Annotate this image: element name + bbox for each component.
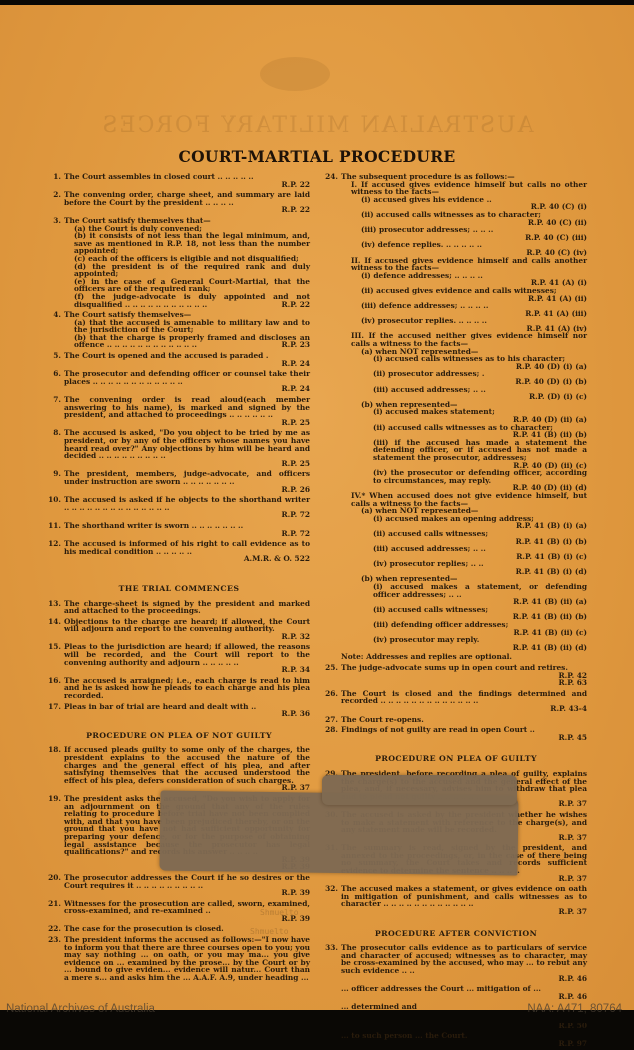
document-title: COURT-MARTIAL PROCEDURE: [0, 147, 634, 166]
rule-reference: A.M.R. & O. 522: [64, 555, 310, 563]
item-number: 15.: [48, 643, 61, 651]
procedure-item: ... officer addresses the Court ... miti…: [325, 985, 587, 1000]
sub-clause: (d) the president is of the required ran…: [64, 263, 310, 278]
item-number: 26.: [325, 690, 338, 698]
section-heading: I. If accused gives evidence himself but…: [351, 181, 587, 196]
rule-reference: R.P. 39: [64, 889, 310, 897]
sub-clause: (b) it consists of not less than the leg…: [64, 232, 310, 255]
crest-watermark: [260, 57, 330, 91]
archive-watermark: National Archives of Australia: [6, 1003, 155, 1015]
item-text: The case for the prosecution is closed.: [64, 924, 224, 933]
procedure-item: 25.The judge-advocate sums up in open co…: [325, 664, 587, 687]
procedure-item: 26.The Court is closed and the findings …: [325, 690, 587, 713]
procedure-item-24: 24. The subsequent procedure is as follo…: [325, 173, 587, 661]
item-number: 25.: [325, 664, 338, 672]
heading-trial-commences: THE TRIAL COMMENCES: [48, 585, 310, 593]
item-text: Objections to the charge are heard; if a…: [64, 617, 310, 634]
item-number: 33.: [325, 944, 338, 952]
rule-reference: R.P. 26: [64, 486, 310, 494]
document-page: AUSTRALIAN MILITARY FORCES COURT-MARTIAL…: [0, 5, 634, 1010]
rule-reference: R.P. 37: [341, 908, 587, 916]
procedure-item: 33.The prosecutor calls evidence as to p…: [325, 944, 587, 982]
item-number: 10.: [48, 496, 61, 504]
procedure-item-3: 3. The Court satisfy themselves that— (a…: [48, 217, 310, 308]
heading-guilty: PROCEDURE ON PLEA OF GUILTY: [325, 755, 587, 763]
item-text: Pleas to the jurisdiction are heard; if …: [64, 642, 310, 666]
item-text: The accused makes a statement, or gives …: [341, 884, 587, 908]
rule-reference: R.P. 25: [64, 419, 310, 427]
procedure-step: (i) accused gives his evidence ..R.P. 40…: [351, 196, 587, 211]
item-number: 8.: [48, 429, 61, 437]
procedure-step: (iv) prosecutor replies; .. ..R.P. 41 (B…: [351, 560, 587, 575]
procedure-step: (i) accused makes statement;R.P. 40 (D) …: [351, 408, 587, 423]
item-number: 21.: [48, 900, 61, 908]
procedure-step: (i) defence addresses; .. .. .. ..R.P. 4…: [351, 272, 587, 287]
rule-reference: R.P. 24: [64, 385, 310, 393]
procedure-step: (iii) if the accused has made a statemen…: [351, 439, 587, 469]
item-number: 2.: [48, 191, 61, 199]
item-text: Pleas in bar of trial are heard and deal…: [64, 702, 256, 711]
procedure-step: (iii) defending officer addresses;R.P. 4…: [351, 621, 587, 636]
procedure-step: (i) accused makes an opening address;R.P…: [351, 515, 587, 530]
procedure-item: 11.The shorthand writer is sworn .. .. .…: [48, 522, 310, 537]
item-number: 17.: [48, 703, 61, 711]
item-text: If accused pleads guilty to some only of…: [64, 745, 310, 784]
item-number: 7.: [48, 396, 61, 404]
section-heading: II. If accused gives evidence himself an…: [351, 257, 587, 272]
item-number: 11.: [48, 522, 61, 530]
item-number: 22.: [48, 925, 61, 933]
procedure-step: (ii) accused calls witnesses;R.P. 41 (B)…: [351, 530, 587, 545]
item-text: The accused is asked if he objects to th…: [64, 495, 310, 512]
procedure-item: 1.The Court assembles in closed court ..…: [48, 173, 310, 188]
sub-clause: (e) in the case of a General Court-Marti…: [64, 278, 310, 293]
item-text: The prosecutor addresses the Court if he…: [64, 873, 310, 890]
sub-clause: (a) that the accused is amenable to mili…: [64, 319, 310, 334]
procedure-item: 10.The accused is asked if he objects to…: [48, 496, 310, 519]
item-number: 20.: [48, 874, 61, 882]
item-text: The convening order, charge sheet, and s…: [64, 190, 310, 207]
item-number: 28.: [325, 726, 338, 734]
item-text: The Court assembles in closed court .. .…: [64, 172, 254, 181]
procedure-step: (ii) prosecutor addresses; .R.P. 40 (D) …: [351, 370, 587, 385]
ghost-header: AUSTRALIAN MILITARY FORCES: [0, 113, 634, 138]
item-number: 27.: [325, 716, 338, 724]
rule-reference: R.P. 72: [64, 511, 310, 519]
procedure-step: (ii) accused calls witnesses as to chara…: [351, 211, 587, 226]
procedure-step: (iv) prosecutor may reply.R.P. 41 (B) (i…: [351, 636, 587, 651]
item-text: The accused is arraigned; i.e., each cha…: [64, 676, 310, 700]
item-text: The convening order is read aloud(each m…: [64, 395, 310, 419]
procedure-step: (i) accused makes a statement, or defend…: [351, 583, 587, 606]
item-number: 1.: [48, 173, 61, 181]
heading-not-guilty: PROCEDURE ON PLEA OF NOT GUILTY: [48, 732, 310, 740]
procedure-item: 20.The prosecutor addresses the Court if…: [48, 874, 310, 897]
rule-reference: R.P. 42: [341, 672, 587, 680]
rule-reference: R.P. 24: [64, 360, 310, 368]
item-number: 19.: [48, 795, 61, 803]
item-text: The prosecutor calls evidence as to part…: [341, 943, 587, 975]
procedure-item: 32.The accused makes a statement, or giv…: [325, 885, 587, 915]
item-text: The Court is opened and the accused is p…: [64, 351, 268, 360]
rule-reference: R.P. 22: [64, 206, 310, 214]
item-text: The president, members, judge-advocate, …: [64, 469, 310, 486]
rule-reference: R.P. 32: [64, 633, 310, 641]
procedure-item: 9.The president, members, judge-advocate…: [48, 470, 310, 493]
item-text: The Court re-opens.: [341, 715, 424, 724]
procedure-section: I. If accused gives evidence himself but…: [341, 181, 587, 257]
typed-annotation: Shmuelto: [250, 927, 289, 936]
procedure-item: 13.The charge-sheet is signed by the pre…: [48, 600, 310, 615]
procedure-step: (iv) prosecutor replies. .. .. .. ..R.P.…: [351, 317, 587, 332]
rule-reference: R.P. 34: [64, 666, 310, 674]
procedure-item: 8.The accused is asked, "Do you object t…: [48, 429, 310, 467]
rule-reference: R.P. 36: [64, 710, 310, 718]
section-heading: IV.* When accused does not give evidence…: [351, 492, 587, 507]
procedure-step: (iii) accused addresses; .. ..R.P. 41 (B…: [351, 545, 587, 560]
procedure-item: 15.Pleas to the jurisdiction are heard; …: [48, 643, 310, 673]
archive-reference: NAA: A471, 80764: [527, 1003, 622, 1015]
rule-reference: R.P. 46: [341, 975, 587, 983]
item-number: 23.: [48, 936, 61, 944]
procedure-step: (iii) defence addresses; .. .. .. ..R.P.…: [351, 302, 587, 317]
item-text: The president informs the accused as fol…: [64, 935, 310, 982]
item-number: 5.: [48, 352, 61, 360]
rule-reference: R.P. 25: [64, 460, 310, 468]
item-number: 13.: [48, 600, 61, 608]
item-text: The charge-sheet is signed by the presid…: [64, 599, 310, 616]
rule-reference: R.P. 41 (B) (ii) (d): [373, 644, 587, 652]
rule-reference: R.P. 22: [64, 181, 310, 189]
procedure-section: II. If accused gives evidence himself an…: [341, 257, 587, 333]
item-text: The Court is closed and the findings det…: [341, 689, 587, 706]
procedure-step: (ii) accused calls witnesses;R.P. 41 (B)…: [351, 606, 587, 621]
procedure-item: 27.The Court re-opens.: [325, 716, 587, 724]
heading-after-conviction: PROCEDURE AFTER CONVICTION: [325, 930, 587, 938]
rule-reference: R.P. 46: [341, 993, 587, 1001]
item-text: The prosecutor and defending officer or …: [64, 369, 310, 386]
procedure-item: 18.If accused pleads guilty to some only…: [48, 746, 310, 792]
procedure-step: (ii) accused gives evidence and calls wi…: [351, 287, 587, 302]
rule-reference: R.P. 72: [64, 530, 310, 538]
item-number: 6.: [48, 370, 61, 378]
procedure-item: 17.Pleas in bar of trial are heard and d…: [48, 703, 310, 718]
procedure-step: (ii) accused calls witnesses as to chara…: [351, 424, 587, 439]
section-heading: III. If the accused neither gives eviden…: [351, 332, 587, 347]
procedure-section: IV.* When accused does not give evidence…: [341, 492, 587, 651]
typed-annotation: Shmuelto: [260, 908, 299, 917]
item-number: 32.: [325, 885, 338, 893]
item-number: 12.: [48, 540, 61, 548]
item-text: The accused is asked, "Do you object to …: [64, 428, 310, 460]
procedure-step: (iii) prosecutor addresses; .. .. ..R.P.…: [351, 226, 587, 241]
procedure-step: (i) accused calls witnesses as to his ch…: [351, 355, 587, 370]
procedure-item: 12.The accused is informed of his right …: [48, 540, 310, 563]
rule-reference: R.P. 45: [341, 734, 587, 742]
procedure-step: (iii) accused addresses; .. ..R.P. (D) (…: [351, 386, 587, 401]
procedure-step: (iv) defence replies. .. .. .. .. ..R.P.…: [351, 241, 587, 256]
item-number: 18.: [48, 746, 61, 754]
item-text: ... officer addresses the Court ... miti…: [341, 984, 541, 993]
procedure-item: 14.Objections to the charge are heard; i…: [48, 618, 310, 641]
procedure-item: 6.The prosecutor and defending officer o…: [48, 370, 310, 393]
right-column: 24. The subsequent procedure is as follo…: [325, 173, 587, 1023]
procedure-step: (iv) the prosecutor or defending officer…: [351, 469, 587, 492]
procedure-section: III. If the accused neither gives eviden…: [341, 332, 587, 491]
item-number: 14.: [48, 618, 61, 626]
procedure-item: 28.Findings of not guilty are read in op…: [325, 726, 587, 741]
procedure-item: 7.The convening order is read aloud(each…: [48, 396, 310, 426]
procedure-item: 23.The president informs the accused as …: [48, 936, 310, 982]
procedure-item-4: 4. The Court satisfy themselves— (a) tha…: [48, 311, 310, 349]
procedure-item: 16.The accused is arraigned; i.e., each …: [48, 677, 310, 700]
item-text: The judge-advocate sums up in open court…: [341, 663, 568, 672]
procedure-item: 5.The Court is opened and the accused is…: [48, 352, 310, 367]
procedure-item: 2.The convening order, charge sheet, and…: [48, 191, 310, 214]
item-text: The shorthand writer is sworn .. .. .. .…: [64, 521, 243, 530]
item-text: Findings of not guilty are read in open …: [341, 725, 535, 734]
rule-reference: R.P. 37: [341, 875, 587, 883]
rule-reference: R.P. 43-4: [341, 705, 587, 713]
rule-reference: R.P. 63: [341, 679, 587, 687]
adhesive-tape-patch-top: [322, 775, 517, 805]
item-text: The accused is informed of his right to …: [64, 539, 310, 556]
item-number: 16.: [48, 677, 61, 685]
note: Note: Addresses and replies are optional…: [341, 653, 587, 661]
item-number: 9.: [48, 470, 61, 478]
